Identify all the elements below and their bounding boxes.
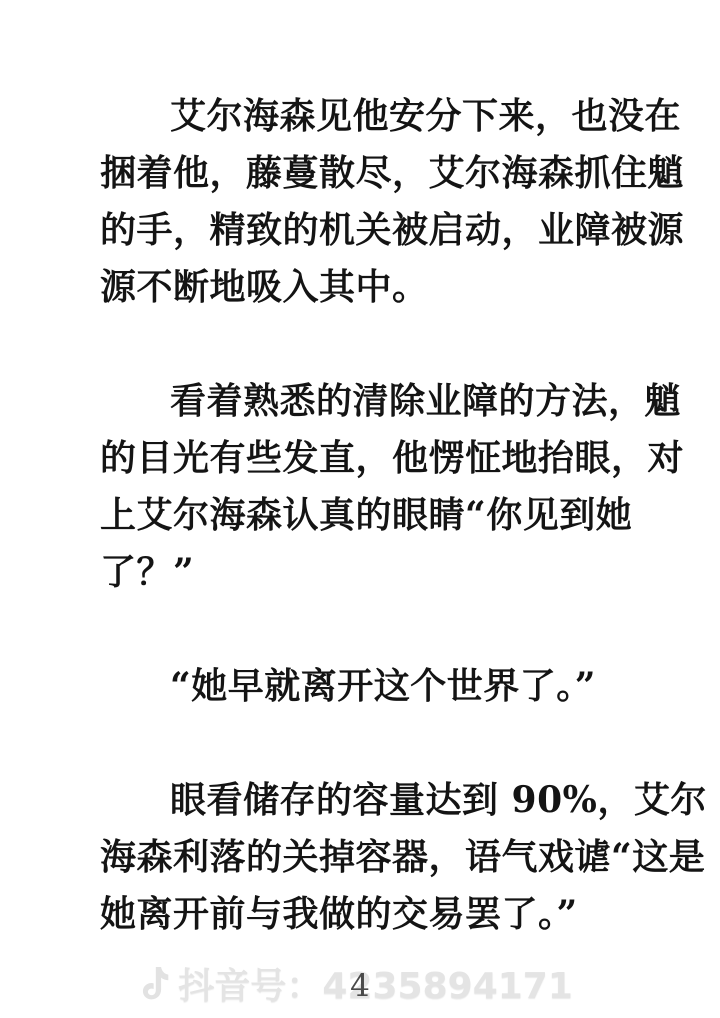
watermark-label: 抖音号：4235894171 — [178, 958, 573, 1009]
page-footer: 抖音号：4235894171 4 — [0, 952, 720, 1012]
page-text: 艾尔海森见他安分下来，也没在捆着他，藤蔓散尽，艾尔海森抓住魈的手，精致的机关被启… — [100, 88, 660, 1000]
paragraph: 艾尔海森见他安分下来，也没在捆着他，藤蔓散尽，艾尔海森抓住魈的手，精致的机关被启… — [100, 88, 660, 316]
paragraph: 眼看储存的容量达到 90%，艾尔海森利落的关掉容器，语气戏谑“这是她离开前与我做… — [100, 772, 660, 943]
text-line: 眼看储存的容量达到 90%，艾尔 — [100, 772, 660, 829]
text-line: “她早就离开这个世界了。” — [100, 658, 660, 715]
paragraph: 看着熟悉的清除业障的方法，魈的目光有些发直，他愣怔地抬眼，对上艾尔海森认真的眼睛… — [100, 373, 660, 601]
text-line: 了？” — [100, 544, 660, 601]
ebook-page: 艾尔海森见他安分下来，也没在捆着他，藤蔓散尽，艾尔海森抓住魈的手，精致的机关被启… — [0, 0, 720, 1018]
text-line: 的目光有些发直，他愣怔地抬眼，对 — [100, 430, 660, 487]
paragraph: “她早就离开这个世界了。” — [100, 658, 660, 715]
text-line: 艾尔海森见他安分下来，也没在 — [100, 88, 660, 145]
text-line: 海森利落的关掉容器，语气戏谑“这是 — [100, 829, 660, 886]
douyin-note-icon — [138, 965, 172, 1003]
text-line: 源不断地吸入其中。 — [100, 259, 660, 316]
text-line: 的手，精致的机关被启动，业障被源 — [100, 202, 660, 259]
text-line: 她离开前与我做的交易罢了。” — [100, 886, 660, 943]
page-number: 4 — [350, 968, 370, 1004]
text-line: 上艾尔海森认真的眼睛“你见到她 — [100, 487, 660, 544]
text-line: 捆着他，藤蔓散尽，艾尔海森抓住魈 — [100, 145, 660, 202]
text-line: 看着熟悉的清除业障的方法，魈 — [100, 373, 660, 430]
